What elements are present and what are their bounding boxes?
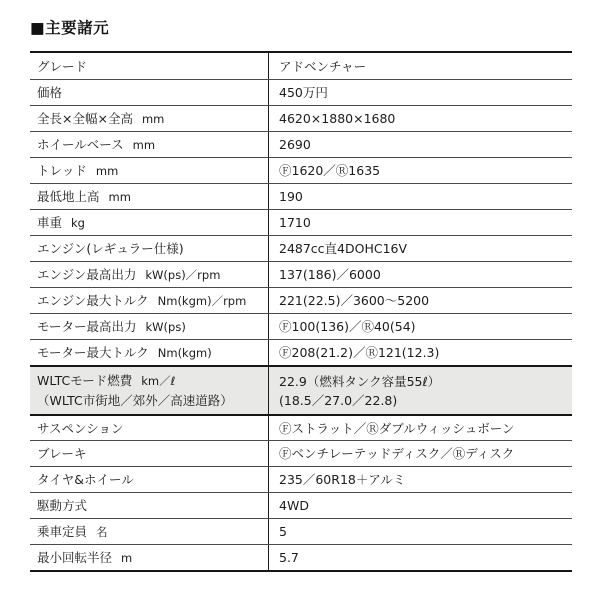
spec-label: サスペンション — [37, 419, 123, 438]
spec-value: Ⓕベンチレーテッドディスク／Ⓡディスク — [279, 444, 514, 463]
spec-value-cell: 221(22.5)／3600～5200 — [268, 288, 572, 313]
spec-label: モーター最大トルク — [37, 343, 149, 362]
spec-value-cell: Ⓕ208(21.2)／Ⓡ121(12.3) — [268, 340, 572, 365]
spec-value-cell: 4WD — [268, 493, 572, 518]
spec-label-cell: トレッドmm — [30, 158, 268, 183]
spec-value: 22.9（燃料タンク容量55ℓ） — [279, 372, 440, 391]
spec-value-cell: Ⓕ100(136)／Ⓡ40(54) — [268, 314, 572, 339]
spec-label-cell: エンジン(レギュラー仕様) — [30, 236, 268, 261]
spec-label-cell: モーター最大トルクNm(kgm) — [30, 340, 268, 365]
spec-label: WLTCモード燃費 — [37, 371, 132, 390]
spec-label: グレード — [37, 57, 87, 76]
spec-value: Ⓕ1620／Ⓡ1635 — [279, 161, 380, 180]
spec-label: トレッド — [37, 161, 87, 180]
table-row: グレードアドベンチャー — [30, 53, 572, 79]
spec-label: エンジン(レギュラー仕様) — [37, 239, 184, 258]
spec-label: 価格 — [37, 83, 62, 102]
table-row: 車重kg1710 — [30, 209, 572, 235]
spec-label-cell: ブレーキ — [30, 441, 268, 466]
spec-label: モーター最高出力 — [37, 317, 137, 336]
table-row: モーター最高出力kW(ps)Ⓕ100(136)／Ⓡ40(54) — [30, 313, 572, 339]
spec-unit: kg — [71, 214, 85, 233]
spec-value-cell: Ⓕベンチレーテッドディスク／Ⓡディスク — [268, 441, 572, 466]
spec-label-cell: WLTCモード燃費km／ℓ（WLTC市街地／郊外／高速道路） — [30, 367, 268, 414]
table-row: タイヤ&ホイール235／60R18＋アルミ — [30, 466, 572, 492]
spec-unit: mm — [133, 136, 155, 155]
spec-label: ホイールベース — [37, 135, 124, 154]
table-row: 全長×全幅×全高mm4620×1880×1680 — [30, 105, 572, 131]
spec-value-cell: 2487cc直4DOHC16V — [268, 236, 572, 261]
table-row: WLTCモード燃費km／ℓ（WLTC市街地／郊外／高速道路）22.9（燃料タンク… — [30, 365, 572, 414]
spec-unit: Nm(kgm) — [158, 344, 212, 363]
spec-value: アドベンチャー — [279, 57, 366, 76]
spec-value: 221(22.5)／3600～5200 — [279, 291, 429, 310]
spec-value-cell: 137(186)／6000 — [268, 262, 572, 287]
spec-label: 最低地上高 — [37, 187, 100, 206]
spec-label: 駆動方式 — [37, 496, 87, 515]
spec-value: 2690 — [279, 135, 311, 154]
spec-label: タイヤ&ホイール — [37, 470, 134, 489]
spec-unit: km／ℓ — [141, 372, 175, 391]
table-row: エンジン最高出力kW(ps)／rpm137(186)／6000 — [30, 261, 572, 287]
spec-unit: m — [121, 549, 132, 568]
spec-value: 450万円 — [279, 83, 328, 102]
spec-label-cell: 車重kg — [30, 210, 268, 235]
table-row: 最小回転半径m5.7 — [30, 544, 572, 570]
spec-label: エンジン最大トルク — [37, 291, 149, 310]
spec-label-cell: サスペンション — [30, 416, 268, 440]
spec-unit: mm — [96, 162, 118, 181]
spec-value: Ⓕ208(21.2)／Ⓡ121(12.3) — [279, 343, 439, 362]
table-row: ブレーキⒻベンチレーテッドディスク／Ⓡディスク — [30, 440, 572, 466]
spec-value: Ⓕストラット／Ⓡダブルウィッシュボーン — [279, 419, 515, 438]
spec-unit: kW(ps)／rpm — [145, 266, 220, 285]
spec-value-cell: 450万円 — [268, 80, 572, 105]
spec-label-cell: エンジン最高出力kW(ps)／rpm — [30, 262, 268, 287]
spec-label: エンジン最高出力 — [37, 265, 136, 284]
spec-value-cell: 190 — [268, 184, 572, 209]
spec-value-cell: 2690 — [268, 132, 572, 157]
spec-label: ブレーキ — [37, 444, 87, 463]
spec-value: Ⓕ100(136)／Ⓡ40(54) — [279, 317, 416, 336]
spec-label-cell: 駆動方式 — [30, 493, 268, 518]
spec-unit: Nm(kgm)／rpm — [158, 292, 247, 311]
spec-label-cell: 乗車定員名 — [30, 519, 268, 544]
spec-value: 5 — [279, 522, 287, 541]
spec-value: 235／60R18＋アルミ — [279, 470, 405, 489]
spec-value-cell: 4620×1880×1680 — [268, 106, 572, 131]
spec-value: 4WD — [279, 496, 309, 515]
spec-label-cell: モーター最高出力kW(ps) — [30, 314, 268, 339]
table-row: モーター最大トルクNm(kgm)Ⓕ208(21.2)／Ⓡ121(12.3) — [30, 339, 572, 365]
spec-label-cell: ホイールベースmm — [30, 132, 268, 157]
spec-value: 4620×1880×1680 — [279, 109, 395, 128]
spec-label-cell: グレード — [30, 53, 268, 79]
spec-label-cell: タイヤ&ホイール — [30, 467, 268, 492]
spec-label-cell: 最小回転半径m — [30, 545, 268, 570]
spec-label-cell: 最低地上高mm — [30, 184, 268, 209]
spec-table: グレードアドベンチャー価格450万円全長×全幅×全高mm4620×1880×16… — [30, 51, 572, 572]
spec-value: 1710 — [279, 213, 311, 232]
table-row: 乗車定員名5 — [30, 518, 572, 544]
spec-value: 190 — [279, 187, 303, 206]
page-title: ■主要諸元 — [30, 16, 109, 38]
spec-label: 乗車定員 — [37, 522, 87, 541]
spec-label-cell: エンジン最大トルクNm(kgm)／rpm — [30, 288, 268, 313]
spec-label: 最小回転半径 — [37, 548, 112, 567]
spec-unit: mm — [142, 110, 164, 129]
table-row: エンジン最大トルクNm(kgm)／rpm221(22.5)／3600～5200 — [30, 287, 572, 313]
spec-value-cell: Ⓕストラット／Ⓡダブルウィッシュボーン — [268, 416, 572, 440]
spec-label: 全長×全幅×全高 — [37, 109, 133, 128]
spec-unit: mm — [109, 188, 131, 207]
spec-label-cell: 価格 — [30, 80, 268, 105]
spec-unit: kW(ps) — [146, 318, 186, 337]
spec-label-line2: （WLTC市街地／郊外／高速道路） — [37, 391, 233, 410]
spec-value: 137(186)／6000 — [279, 265, 381, 284]
table-row: ホイールベースmm2690 — [30, 131, 572, 157]
table-row: トレッドmmⒻ1620／Ⓡ1635 — [30, 157, 572, 183]
spec-label-cell: 全長×全幅×全高mm — [30, 106, 268, 131]
table-row: 駆動方式4WD — [30, 492, 572, 518]
spec-value-cell: 1710 — [268, 210, 572, 235]
spec-sheet-page: ■主要諸元 グレードアドベンチャー価格450万円全長×全幅×全高mm4620×1… — [0, 0, 600, 600]
spec-unit: 名 — [96, 523, 108, 542]
spec-value: 5.7 — [279, 548, 299, 567]
spec-value-cell: アドベンチャー — [268, 53, 572, 79]
spec-value-cell: 235／60R18＋アルミ — [268, 467, 572, 492]
spec-value-cell: 22.9（燃料タンク容量55ℓ）(18.5／27.0／22.8) — [268, 367, 572, 414]
table-row: 最低地上高mm190 — [30, 183, 572, 209]
table-row: エンジン(レギュラー仕様)2487cc直4DOHC16V — [30, 235, 572, 261]
spec-value-cell: 5 — [268, 519, 572, 544]
spec-value-cell: 5.7 — [268, 545, 572, 570]
spec-value: 2487cc直4DOHC16V — [279, 239, 407, 258]
table-row: 価格450万円 — [30, 79, 572, 105]
spec-value-cell: Ⓕ1620／Ⓡ1635 — [268, 158, 572, 183]
spec-label: 車重 — [37, 213, 62, 232]
table-row: サスペンションⒻストラット／Ⓡダブルウィッシュボーン — [30, 414, 572, 440]
spec-value-line2: (18.5／27.0／22.8) — [279, 391, 397, 410]
